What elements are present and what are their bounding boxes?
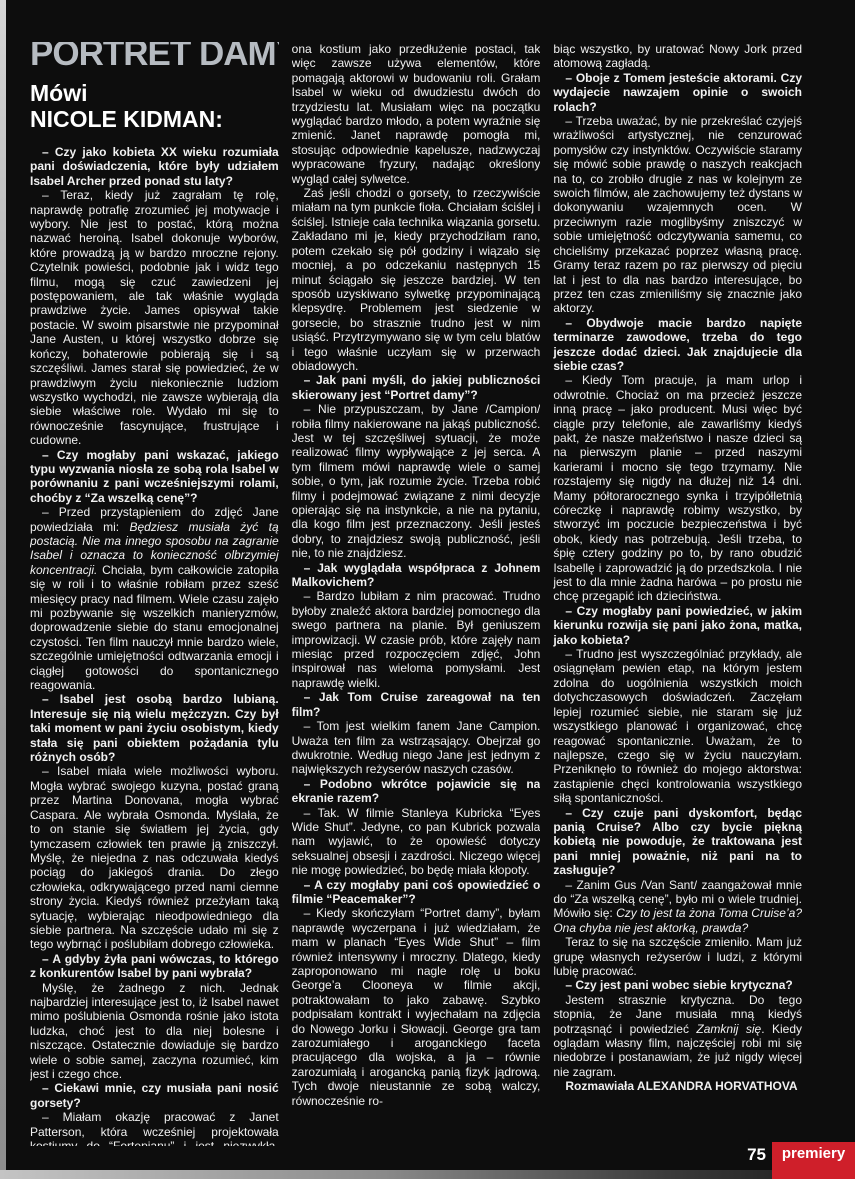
question-paragraph: – Ciekawi mnie, czy musiała pani nosić g… bbox=[30, 1081, 279, 1110]
answer-paragraph: – Kiedy Tom pracuje, ja mam urlop i odwr… bbox=[553, 373, 802, 604]
article-header: PORTRET DAMY Mówi NICOLE KIDMAN: bbox=[30, 42, 279, 132]
answer-paragraph: Zaś jeśli chodzi o gorsety, to rzeczywiś… bbox=[292, 186, 541, 373]
article-column-1: PORTRET DAMY Mówi NICOLE KIDMAN: – Czy j… bbox=[30, 42, 279, 1146]
question-paragraph: – Obydwoje macie bardzo napięte terminar… bbox=[553, 316, 802, 374]
question-paragraph: – Podobno wkrótce pojawicie się na ekran… bbox=[292, 777, 541, 806]
question-paragraph: – Czy jest pani wobec siebie krytyczna? bbox=[553, 978, 802, 992]
question-paragraph: – A gdyby żyła pani wówczas, to którego … bbox=[30, 952, 279, 981]
question-paragraph: – A czy mogłaby pani coś opowiedzieć o f… bbox=[292, 878, 541, 907]
article-column-2: ona kostium jako przedłużenie postaci, t… bbox=[292, 42, 541, 1146]
question-paragraph: – Jak wyglądała współpraca z Johnem Malk… bbox=[292, 561, 541, 590]
answer-paragraph: Teraz to się na szczęście zmieniło. Mam … bbox=[553, 935, 802, 978]
answer-paragraph: Jestem strasznie krytyczna. Do tego stop… bbox=[553, 993, 802, 1079]
question-paragraph: – Jak pani myśli, do jakiej publiczności… bbox=[292, 373, 541, 402]
article-column-3: biąc wszystko, by uratować Nowy Jork prz… bbox=[553, 42, 802, 1146]
page-bottom-edge bbox=[0, 1170, 855, 1179]
article-title: PORTRET DAMY bbox=[30, 42, 279, 72]
answer-paragraph: – Tom jest wielkim fanem Jane Campion. U… bbox=[292, 719, 541, 777]
answer-paragraph: – Tak. W filmie Stanleya Kubricka “Eyes … bbox=[292, 806, 541, 878]
magazine-page: PORTRET DAMY Mówi NICOLE KIDMAN: – Czy j… bbox=[0, 0, 855, 1179]
article-subtitle-line1: Mówi bbox=[30, 80, 279, 106]
section-badge: premiery bbox=[772, 1142, 855, 1179]
page-number: 75 bbox=[747, 1145, 766, 1165]
question-paragraph: – Czy jako kobieta XX wieku rozumiała pa… bbox=[30, 145, 279, 188]
answer-paragraph: – Miałam okazję pracować z Janet Patters… bbox=[30, 1110, 279, 1146]
question-paragraph: – Jak Tom Cruise zareagował na ten film? bbox=[292, 690, 541, 719]
article-subtitle-line2: NICOLE KIDMAN: bbox=[30, 106, 279, 132]
answer-paragraph: – Isabel miała wiele możliwości wyboru. … bbox=[30, 764, 279, 951]
byline: Rozmawiała ALEXANDRA HORVATHOVA bbox=[553, 1079, 802, 1093]
question-paragraph: – Oboje z Tomem jesteście aktorami. Czy … bbox=[553, 71, 802, 114]
answer-paragraph: – Trudno jest wyszczególniać przykłady, … bbox=[553, 647, 802, 805]
continuation-paragraph: ona kostium jako przedłużenie postaci, t… bbox=[292, 42, 541, 186]
answer-paragraph: – Nie przypuszczam, by Jane /Campion/ ro… bbox=[292, 402, 541, 560]
answer-paragraph: – Trzeba uważać, by nie przekreślać czyj… bbox=[553, 114, 802, 316]
question-paragraph: – Czy mogłaby pani powiedzieć, w jakim k… bbox=[553, 604, 802, 647]
answer-paragraph: – Zanim Gus /Van Sant/ zaangażował mnie … bbox=[553, 878, 802, 936]
answer-paragraph: – Teraz, kiedy już zagrałam tę rolę, nap… bbox=[30, 188, 279, 447]
question-paragraph: – Czy mogłaby pani wskazać, jakiego typu… bbox=[30, 448, 279, 506]
question-paragraph: – Isabel jest osobą bardzo lubianą. Inte… bbox=[30, 692, 279, 764]
article-body: PORTRET DAMY Mówi NICOLE KIDMAN: – Czy j… bbox=[30, 42, 802, 1146]
answer-paragraph: – Przed przystąpieniem do zdjęć Jane pow… bbox=[30, 505, 279, 692]
answer-paragraph: – Bardzo lubiłam z nim pracować. Trudno … bbox=[292, 589, 541, 690]
page-left-edge bbox=[0, 0, 6, 1179]
question-paragraph: – Czy czuje pani dyskomfort, będąc panią… bbox=[553, 806, 802, 878]
continuation-paragraph: biąc wszystko, by uratować Nowy Jork prz… bbox=[553, 42, 802, 71]
answer-paragraph: – Kiedy skończyłam “Portret damy”, byłam… bbox=[292, 906, 541, 1108]
answer-paragraph: Myślę, że żadnego z nich. Jednak najbard… bbox=[30, 981, 279, 1082]
